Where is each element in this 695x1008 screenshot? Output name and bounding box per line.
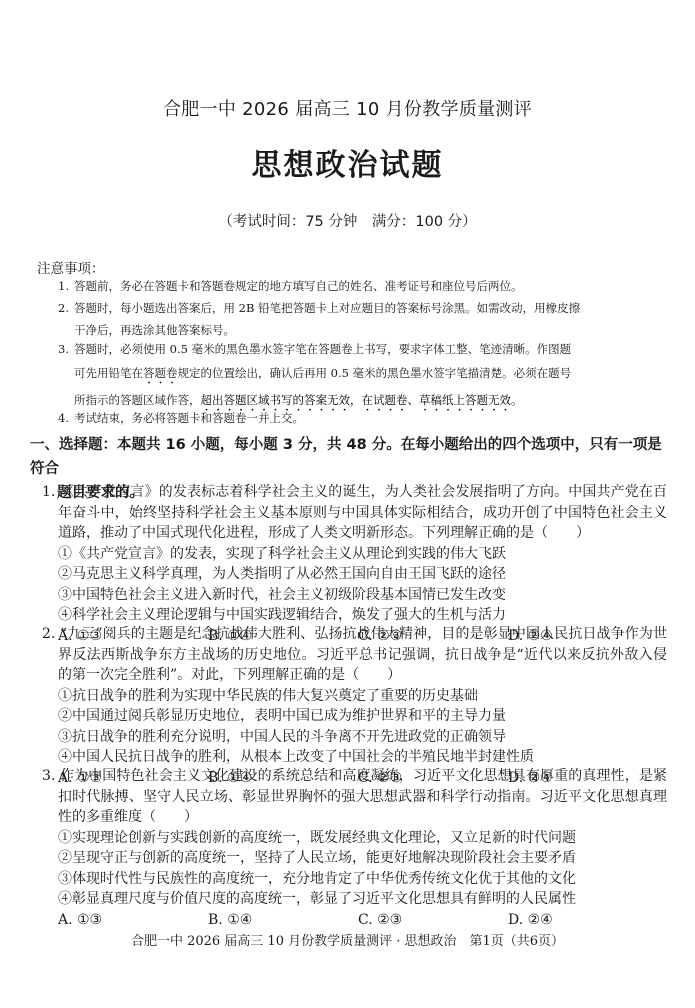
- statement: ②呈现守正与创新的高度统一，坚持了人民立场，能更好地解决现阶段社会主要矛盾: [42, 848, 667, 869]
- note-number: 1.: [58, 275, 74, 297]
- emphasized-warning: 在试题卷、草稿纸上答题无效: [362, 393, 512, 407]
- question-stem: 2. “九三”阅兵的主题是纪念抗战伟大胜利、弘扬抗战伟大精神，目的是彰显中国人民…: [42, 624, 667, 686]
- options-row: A. ①③ B. ①④ C. ②③ D. ②④: [42, 910, 667, 931]
- page-footer: 合肥一中 2026 届高三 10 月份教学质量测评 · 思想政治 第1页（共6页…: [0, 930, 695, 949]
- note-text: 考试结束，务必将答题卡和答题卷一并上交。: [74, 411, 304, 425]
- note-number: 2.: [58, 297, 74, 319]
- question-text: 作为中国特色社会主义文化建设的系统总结和高度凝练，习近平文化思想具有厚重的真理性…: [58, 768, 667, 825]
- statement: ④中国人民抗日战争的胜利，从根本上改变了中国社会的半殖民地半封建性质: [42, 747, 667, 768]
- question-3: 3. 作为中国特色社会主义文化建设的系统总结和高度凝练，习近平文化思想具有厚重的…: [42, 766, 667, 930]
- note-text: 答题前，务必在答题卡和答题卷规定的地方填写自己的姓名、准考证号和座位号后两位。: [74, 279, 523, 293]
- note-text: 答题时，必须使用 0.5 毫米的黑色墨水签字笔在答题卷上书写，要求字体工整、笔迹…: [74, 342, 571, 356]
- option-d[interactable]: D. ②④: [508, 910, 658, 931]
- note-text-part: 。: [511, 393, 523, 407]
- statement: ①实现理论创新与实践创新的高度统一，既发展经典文化理论，又立足新的时代问题: [42, 828, 667, 849]
- note-text-part: 所指示的答题区域作答，: [74, 393, 201, 407]
- question-text: “九三”阅兵的主题是纪念抗战伟大胜利、弘扬抗战伟大精神，目的是彰显中国人民抗日战…: [58, 626, 667, 683]
- exam-name: 合肥一中 2026 届高三 10 月份教学质量测评: [0, 95, 695, 121]
- note-text-cont: 可先用铅笔在答题卷规定的位置绘出，确认后再用 0.5 毫米的黑色墨水签字笔描清楚…: [58, 360, 663, 387]
- note-text: 答题时，每小题选出答案后，用 2B 铅笔把答题卡上对应题目的答案标号涂黑。如需改…: [74, 301, 580, 315]
- statement: ①抗日战争的胜利为实现中华民族的伟大复兴奠定了重要的历史基础: [42, 686, 667, 707]
- statement: ③体现时代性与民族性的高度统一，充分地肯定了中华优秀传统文化优于其他的文化: [42, 869, 667, 890]
- question-1: 1. 《共产党宣言》的发表标志着科学社会主义的诞生，为人类社会发展指明了方向。中…: [42, 482, 667, 646]
- question-number: 1.: [42, 484, 55, 500]
- emphasized-warning: 超出答题区域书写的答案无效: [201, 393, 351, 407]
- statement: ②马克思主义科学真理，为人类指明了从必然王国向自由王国飞跃的途径: [42, 564, 667, 585]
- exam-page: 合肥一中 2026 届高三 10 月份教学质量测评 思想政治试题 （考试时间：7…: [0, 0, 695, 1008]
- question-stem: 3. 作为中国特色社会主义文化建设的系统总结和高度凝练，习近平文化思想具有厚重的…: [42, 766, 667, 828]
- option-c[interactable]: C. ②③: [358, 910, 508, 931]
- note-item-4: 4.考试结束，务必将答题卡和答题卷一并上交。: [58, 407, 663, 429]
- exam-info: （考试时间：75 分钟 满分：100 分）: [0, 210, 695, 231]
- statement: ②中国通过阅兵彰显历史地位，表明中国已成为维护世界和平的主导力量: [42, 706, 667, 727]
- statement: ④科学社会主义理论逻辑与中国实践逻辑结合，焕发了强大的生机与活力: [42, 605, 667, 626]
- statement: ④彰显真理尺度与价值尺度的高度统一，彰显了习近平文化思想具有鲜明的人民属性: [42, 889, 667, 910]
- note-text-part: ，: [350, 393, 362, 407]
- option-a[interactable]: A. ①③: [58, 910, 208, 931]
- statement: ①《共产党宣言》的发表，实现了科学社会主义从理论到实践的伟大飞跃: [42, 544, 667, 565]
- question-2: 2. “九三”阅兵的主题是纪念抗战伟大胜利、弘扬抗战伟大精神，目的是彰显中国人民…: [42, 624, 667, 788]
- note-item-1: 1.答题前，务必在答题卡和答题卷规定的地方填写自己的姓名、准考证号和座位号后两位…: [58, 275, 663, 297]
- question-number: 2.: [42, 626, 55, 642]
- subject-title: 思想政治试题: [0, 140, 695, 184]
- note-text-part: 可先用铅笔在: [74, 366, 143, 380]
- question-number: 3.: [42, 768, 55, 784]
- note-number: 4.: [58, 407, 74, 429]
- question-stem: 1. 《共产党宣言》的发表标志着科学社会主义的诞生，为人类社会发展指明了方向。中…: [42, 482, 667, 544]
- question-text: 《共产党宣言》的发表标志着科学社会主义的诞生，为人类社会发展指明了方向。中国共产…: [58, 484, 667, 541]
- emphasized-text: 答题卷: [143, 366, 178, 380]
- note-text-part: 规定的位置绘出，确认后再用 0.5 毫米的黑色墨水签字笔描清楚。必须在题号: [178, 366, 572, 380]
- statement: ③中国特色社会主义进入新时代，社会主义初级阶段基本国情已发生改变: [42, 585, 667, 606]
- notes-title: 注意事项：: [37, 257, 105, 277]
- option-b[interactable]: B. ①④: [208, 910, 358, 931]
- note-item-2: 2.答题时，每小题选出答案后，用 2B 铅笔把答题卡上对应题目的答案标号涂黑。如…: [58, 297, 663, 341]
- note-number: 3.: [58, 338, 74, 360]
- statement: ③抗日战争的胜利充分说明，中国人民的斗争离不开先进政党的正确领导: [42, 727, 667, 748]
- note-item-3: 3.答题时，必须使用 0.5 毫米的黑色墨水签字笔在答题卷上书写，要求字体工整、…: [58, 338, 663, 414]
- section-heading-line: 一、选择题：本题共 16 小题，每小题 3 分，共 48 分。在每小题给出的四个…: [30, 437, 662, 477]
